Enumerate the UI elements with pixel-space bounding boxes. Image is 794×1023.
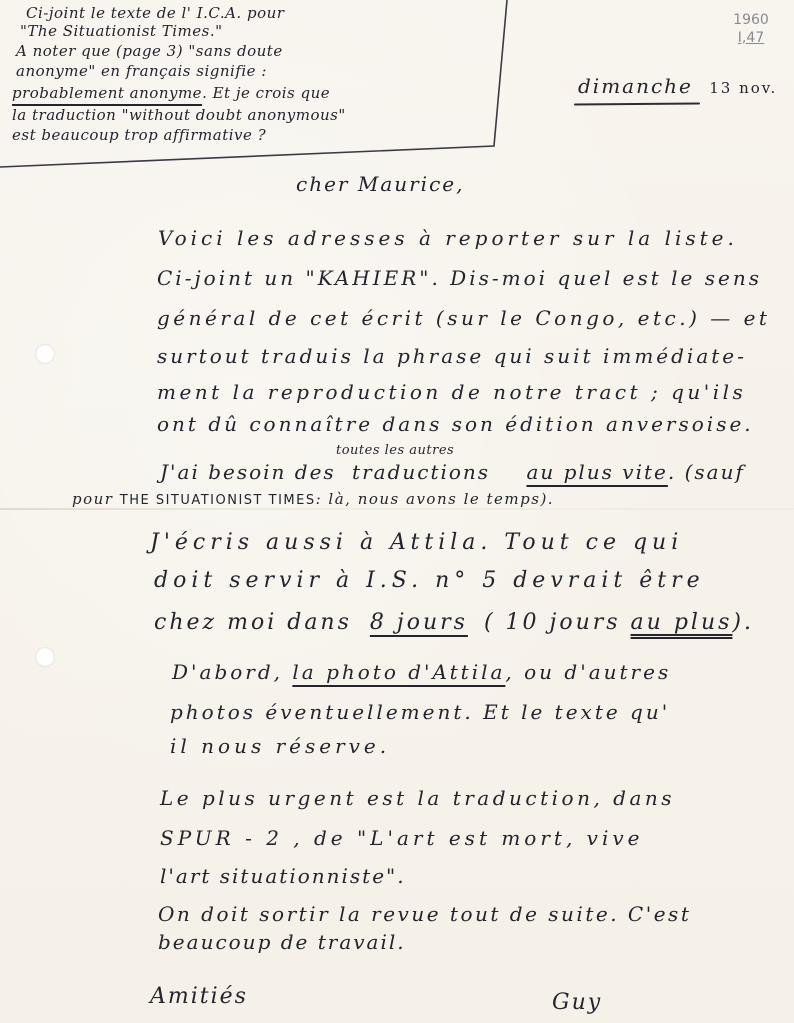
paragraph-4-line-3: chez moi dans 8 jours ( 10 jours au plus…: [154, 610, 754, 635]
p5-photo-attila: la photo d'Attila: [292, 660, 505, 684]
paper-fold-crease: [0, 508, 794, 510]
paragraph-2-line-1: Ci-joint un "KAHIER". Dis-moi quel est l…: [157, 266, 762, 290]
paragraph-7-line-1: On doit sortir la revue tout de suite. C…: [158, 902, 691, 926]
p4-end: ).: [732, 610, 754, 635]
paragraph-7-line-2: beaucoup de travail.: [158, 930, 406, 954]
paragraph-3-line-2: pour THE SITUATIONIST TIMES: là, nous av…: [72, 490, 554, 508]
note-line-5-end: . Et je crois que: [202, 84, 330, 102]
note-line-1: Ci-joint le texte de l' I.C.A. pour: [26, 4, 284, 22]
paragraph-6-line-2: SPUR - 2 , de "L'art est mort, vive: [160, 826, 644, 850]
date-underline: [574, 102, 700, 105]
note-line-3: A noter que (page 3) "sans doute: [16, 42, 283, 60]
paragraph-3-line-1: J'ai besoin des traductions au plus vite…: [160, 460, 745, 484]
paragraph-1: Voici les adresses à reporter sur la lis…: [158, 226, 738, 250]
paragraph-5-line-3: il nous réserve.: [170, 734, 390, 758]
paragraph-6-line-1: Le plus urgent est la traduction, dans: [160, 786, 675, 810]
paragraph-2-line-4: ment la reproduction de notre tract ; qu…: [157, 380, 746, 404]
p5-end: , ou d'autres: [505, 660, 671, 684]
insertion-above-line: toutes les autres: [336, 443, 454, 458]
date-day: dimanche: [578, 74, 693, 98]
note-line-7: est beaucoup trop affirmative ?: [12, 126, 266, 144]
punch-hole-top: [35, 344, 55, 364]
paragraph-2-line-3: surtout traduis la phrase qui suit imméd…: [157, 344, 747, 368]
paragraph-5-line-2: photos éventuellement. Et le texte qu': [170, 700, 670, 724]
salutation: cher Maurice,: [296, 172, 464, 196]
p3-start: J'ai besoin des: [160, 460, 336, 484]
paragraph-2-line-2: général de cet écrit (sur le Congo, etc.…: [157, 306, 770, 330]
p3-end: . (sauf: [668, 460, 745, 484]
note-line-4: anonyme" en français signifie :: [16, 62, 267, 80]
punch-hole-bottom: [35, 647, 55, 667]
p4-eight-days: 8 jours: [370, 610, 468, 635]
p4-start: chez moi dans: [154, 610, 352, 635]
closing: Amitiés: [150, 984, 248, 1009]
p3-line2-caps: THE SITUATIONIST TIMES: [120, 493, 316, 508]
p4-mid: ( 10 jours: [484, 610, 621, 635]
paragraph-6-line-3: l'art situationniste".: [160, 864, 406, 888]
note-line-6: la traduction "without doubt anonymous": [12, 106, 346, 124]
signature: Guy: [552, 990, 602, 1015]
archive-year: 1960: [726, 12, 776, 28]
paragraph-4-line-2: doit servir à I.S. n° 5 devrait être: [154, 568, 705, 593]
paragraph-4-line-1: J'écris aussi à Attila. Tout ce qui: [150, 530, 683, 555]
letter-page: 1960 I,47 Ci-joint le texte de l' I.C.A.…: [0, 0, 794, 1023]
letter-date: dimanche 13 nov.: [578, 74, 777, 98]
p5-start: D'abord,: [172, 660, 283, 684]
date-rest: 13 nov.: [709, 79, 777, 97]
boxed-note: Ci-joint le texte de l' I.C.A. pour "The…: [0, 0, 520, 170]
p3-mid: traductions: [352, 460, 490, 484]
note-line-5: probablement anonyme. Et je crois que: [12, 84, 330, 102]
p3-line2-end: : là, nous avons le temps).: [316, 490, 554, 508]
paragraph-5-line-1: D'abord, la photo d'Attila, ou d'autres: [172, 660, 671, 684]
p4-at-most: au plus: [631, 610, 733, 635]
paragraph-2-line-5: ont dû connaître dans son édition anvers…: [157, 412, 754, 436]
p3-line2-start: pour: [72, 490, 113, 508]
note-line-2: "The Situationist Times.": [20, 22, 223, 40]
archive-reference: I,47: [726, 30, 776, 46]
note-underlined-phrase: probablement anonyme: [12, 84, 202, 102]
p3-underlined: au plus vite: [526, 460, 667, 484]
